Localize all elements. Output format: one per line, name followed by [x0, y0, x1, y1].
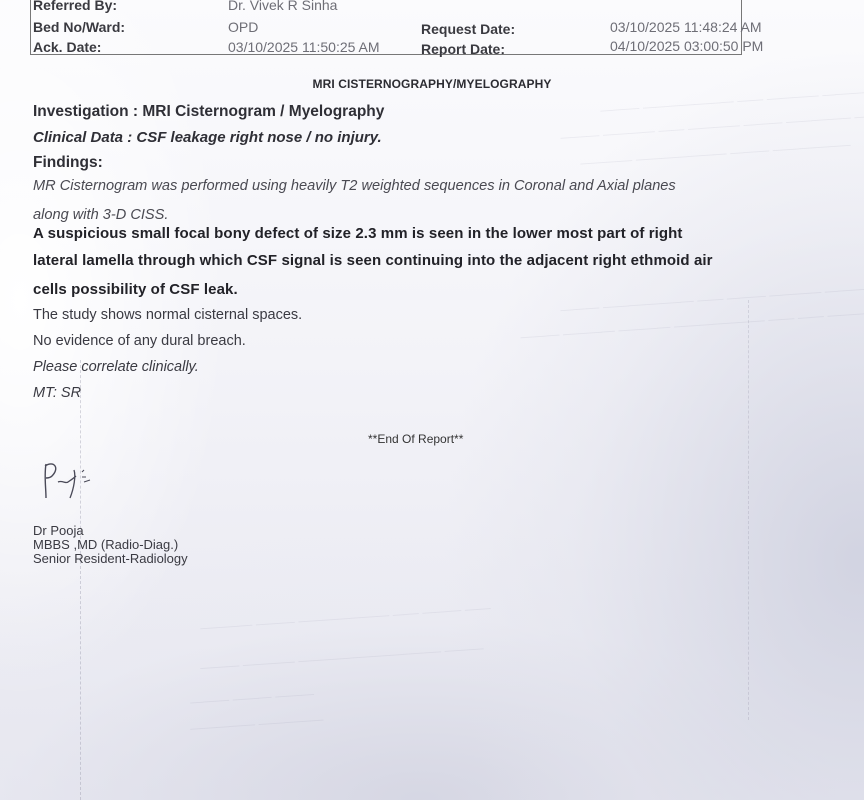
impression-line-1: A suspicious small focal bony defect of … [33, 225, 683, 243]
bleed-through-text: ——— ———— —— ———— ——— ————— ——— [560, 106, 864, 144]
mt-line: MT: SR [33, 384, 81, 402]
bleed-through-text: ——— ——————— —— ——— ———— —————— [560, 278, 864, 317]
bleed-through-text: ———— ——————— ——— —————— [580, 137, 851, 171]
fold-line [80, 360, 82, 800]
bleed-through-text: ———— ——— ——————— —— ——— —— [200, 600, 491, 635]
correlate-line: Please correlate clinically. [33, 358, 199, 376]
investigation-line: Investigation : MRI Cisternogram / Myelo… [33, 103, 384, 121]
bleed-through-text: ——— ——— ——— [190, 686, 315, 710]
bleed-through-text: ——— ———— ———— ——————— —— —— ——— —— [520, 303, 864, 344]
signature-icon [38, 458, 118, 508]
bed-ward-label: Bed No/Ward: [33, 19, 125, 35]
bleed-through-text: ————— ————— [190, 711, 324, 735]
referred-by-value: Dr. Vivek R Sinha [228, 0, 337, 13]
report-date-value: 04/10/2025 03:00:50 PM [610, 38, 763, 54]
bleed-through-text: ——— ———— ——————————— ——— [200, 640, 484, 675]
request-date-value: 03/10/2025 11:48:24 AM [610, 19, 762, 35]
bed-ward-value: OPD [228, 19, 258, 35]
signatory-block: Dr Pooja MBBS ,MD (Radio-Diag.) Senior R… [33, 524, 188, 566]
technique-line-1: MR Cisternogram was performed using heav… [33, 177, 676, 195]
findings-heading: Findings: [33, 154, 103, 172]
impression-line-2: lateral lamella through which CSF signal… [33, 252, 713, 270]
clinical-data-line: Clinical Data : CSF leakage right nose /… [33, 129, 382, 147]
technique-line-2: along with 3-D CISS. [33, 206, 168, 224]
report-title: MRI CISTERNOGRAPHY/MYELOGRAPHY [0, 77, 864, 91]
end-of-report: **End Of Report** [368, 432, 463, 446]
no-dural-breach-line: No evidence of any dural breach. [33, 332, 246, 350]
signatory-designation: Senior Resident-Radiology [33, 552, 188, 566]
impression-line-3: cells possibility of CSF leak. [33, 281, 238, 299]
signatory-name: Dr Pooja [33, 524, 188, 538]
fold-line [748, 300, 750, 720]
normal-cisterns-line: The study shows normal cisternal spaces. [33, 306, 302, 324]
ack-date-value: 03/10/2025 11:50:25 AM [228, 39, 380, 55]
signatory-qualification: MBBS ,MD (Radio-Diag.) [33, 538, 188, 552]
report-date-label: Report Date: [421, 41, 505, 57]
referred-by-label: Referred By: [33, 0, 117, 13]
ack-date-label: Ack. Date: [33, 39, 101, 55]
request-date-label: Request Date: [421, 21, 515, 37]
